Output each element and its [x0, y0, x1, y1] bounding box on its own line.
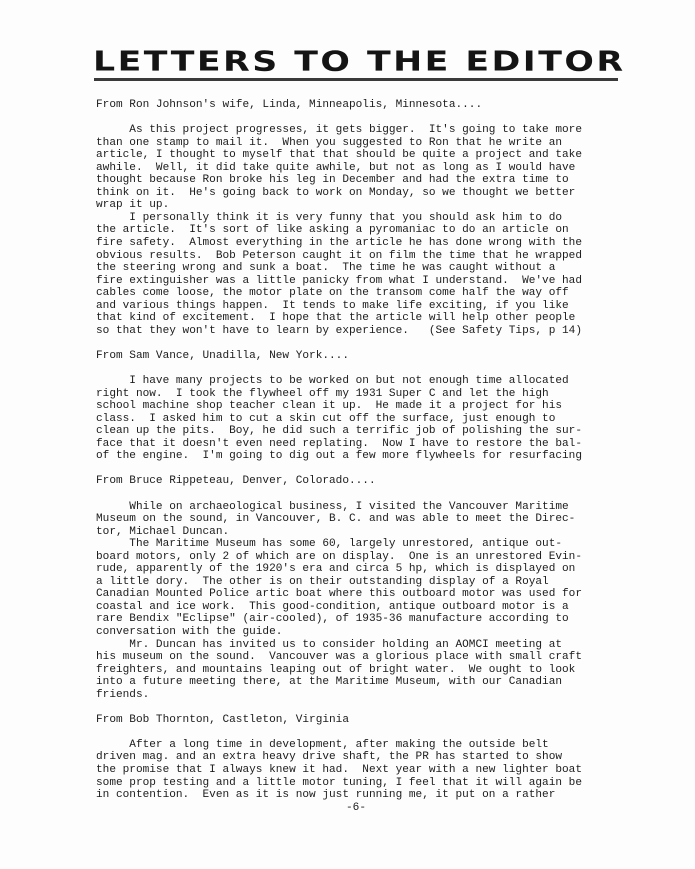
title-underline-rule — [94, 78, 618, 81]
letter-text-line: the steering wrong and sunk a boat. The … — [96, 262, 656, 275]
letter-text-line: face that it doesn't even need replating… — [96, 438, 656, 451]
letter-text-line: in contention. Even as it is now just ru… — [96, 789, 656, 802]
spacer — [96, 488, 656, 501]
letter-text-line: obvious results. Bob Peterson caught it … — [96, 250, 656, 263]
letter-text-line: wrap it up. — [96, 199, 656, 212]
letter-text-line: his museum on the sound. Vancouver was a… — [96, 651, 656, 664]
letter-text-line: tor, Michael Duncan. — [96, 526, 656, 539]
letter-text-line: The Maritime Museum has some 60, largely… — [96, 538, 656, 551]
spacer — [96, 726, 656, 739]
letter-text-line: cables come loose, the motor plate on th… — [96, 287, 656, 300]
letter-text-line: board motors, only 2 of which are on dis… — [96, 551, 656, 564]
letter-text-line: thought because Ron broke his leg in Dec… — [96, 174, 656, 187]
letter-text-line: Museum on the sound, in Vancouver, B. C.… — [96, 513, 656, 526]
letter-text-line: the promise that I always knew it had. N… — [96, 764, 656, 777]
letter-text-line: that kind of excitement. I hope that the… — [96, 312, 656, 325]
letter-text-line: so that they won't have to learn by expe… — [96, 325, 656, 338]
spacer — [96, 463, 656, 476]
letter-text-line: friends. — [96, 689, 656, 702]
letter-text-line: and various things happen. It tends to m… — [96, 300, 656, 313]
letter-text-line: than one stamp to mail it. When you sugg… — [96, 137, 656, 150]
letter-text-line: conversation with the guide. — [96, 626, 656, 639]
letter-text-line: After a long time in development, after … — [96, 739, 656, 752]
letter-from-heading: From Bob Thornton, Castleton, Virginia — [96, 714, 656, 727]
letter: From Sam Vance, Unadilla, New York.... I… — [96, 350, 656, 475]
letter: From Bob Thornton, Castleton, Virginia A… — [96, 714, 656, 802]
letter-text-line: I have many projects to be worked on but… — [96, 375, 656, 388]
document-page: LETTERS TO THE EDITOR From Ron Johnson's… — [0, 0, 695, 869]
letter-text-line: think on it. He's going back to work on … — [96, 187, 656, 200]
letter-text-line: Mr. Duncan has invited us to consider ho… — [96, 639, 656, 652]
spacer — [96, 701, 656, 714]
spacer — [96, 112, 656, 125]
letter-text-line: some prop testing and a little motor tun… — [96, 777, 656, 790]
letter-from-heading: From Sam Vance, Unadilla, New York.... — [96, 350, 656, 363]
letter-text-line: right now. I took the flywheel off my 19… — [96, 388, 656, 401]
page-number: -6- — [96, 802, 616, 815]
letter-text-line: rare Bendix "Eclipse" (air-cooled), of 1… — [96, 613, 656, 626]
letter-text-line: freighters, and mountains leaping out of… — [96, 664, 656, 677]
letter-text-line: awhile. Well, it did take quite awhile, … — [96, 162, 656, 175]
letter-text-line: Canadian Mounted Police artic boat where… — [96, 588, 656, 601]
letter-text-line: coastal and ice work. This good-conditio… — [96, 601, 656, 614]
letter-text-line: fire safety. Almost everything in the ar… — [96, 237, 656, 250]
spacer — [96, 337, 656, 350]
letter-text-line: rude, apparently of the 1920's era and c… — [96, 563, 656, 576]
letter: From Bruce Rippeteau, Denver, Colorado..… — [96, 475, 656, 713]
letter-text-line: a little dory. The other is on their out… — [96, 576, 656, 589]
letter-from-heading: From Bruce Rippeteau, Denver, Colorado..… — [96, 475, 656, 488]
page-title: LETTERS TO THE EDITOR — [93, 47, 682, 76]
letter-text-line: fire extinguisher was a little panicky f… — [96, 275, 656, 288]
letters-body: From Ron Johnson's wife, Linda, Minneapo… — [96, 99, 656, 814]
letter-text-line: driven mag. and an extra heavy drive sha… — [96, 751, 656, 764]
letter-text-line: As this project progresses, it gets bigg… — [96, 124, 656, 137]
spacer — [96, 362, 656, 375]
letter-text-line: While on archaeological business, I visi… — [96, 501, 656, 514]
letter-text-line: the article. It's sort of like asking a … — [96, 224, 656, 237]
letter-text-line: into a future meeting there, at the Mari… — [96, 676, 656, 689]
letter-text-line: clean up the pits. Boy, he did such a te… — [96, 425, 656, 438]
letter-text-line: school machine shop teacher clean it up.… — [96, 400, 656, 413]
letter-text-line: article, I thought to myself that that s… — [96, 149, 656, 162]
letter-text-line: class. I asked him to cut a skin cut off… — [96, 413, 656, 426]
letter-text-line: I personally think it is very funny that… — [96, 212, 656, 225]
letter-text-line: of the engine. I'm going to dig out a fe… — [96, 450, 656, 463]
letter-from-heading: From Ron Johnson's wife, Linda, Minneapo… — [96, 99, 656, 112]
letter: From Ron Johnson's wife, Linda, Minneapo… — [96, 99, 656, 350]
